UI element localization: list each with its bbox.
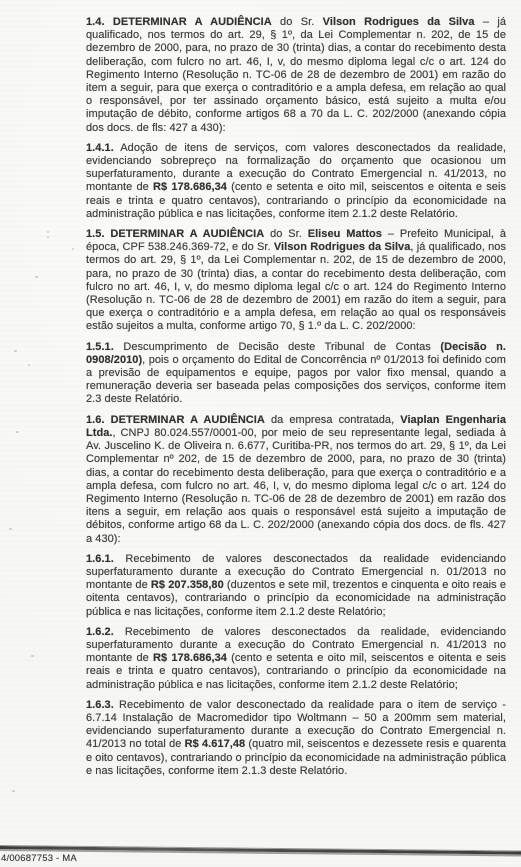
- scanned-document-page: 1.4. DETERMINAR A AUDIÊNCIA do Sr. Vilso…: [0, 0, 521, 867]
- document-reference-number: 4/00687753 - MA: [1, 853, 77, 864]
- paragraph-1-5: 1.5. DETERMINAR A AUDIÊNCIA do Sr. Elise…: [86, 228, 506, 334]
- paragraph-1-4: 1.4. DETERMINAR A AUDIÊNCIA do Sr. Vilso…: [86, 16, 506, 135]
- paragraph-1-5-1: 1.5.1. Descumprimento de Decisão deste T…: [86, 341, 506, 407]
- paragraph-1-6-1: 1.6.1. Recebimento de valores desconecta…: [86, 553, 506, 619]
- paragraph-1-6: 1.6. DETERMINAR A AUDIÊNCIA da empresa c…: [86, 414, 506, 546]
- paragraph-1-6-2: 1.6.2. Recebimento de valores desconecta…: [86, 626, 506, 692]
- document-body: 1.4. DETERMINAR A AUDIÊNCIA do Sr. Vilso…: [86, 16, 506, 785]
- paragraph-1-4-1: 1.4.1. Adoção de itens de serviços, com …: [86, 142, 506, 221]
- paragraph-1-6-3: 1.6.3. Recebimento de valor desconectado…: [86, 699, 506, 778]
- footer-divider-line: [0, 845, 521, 855]
